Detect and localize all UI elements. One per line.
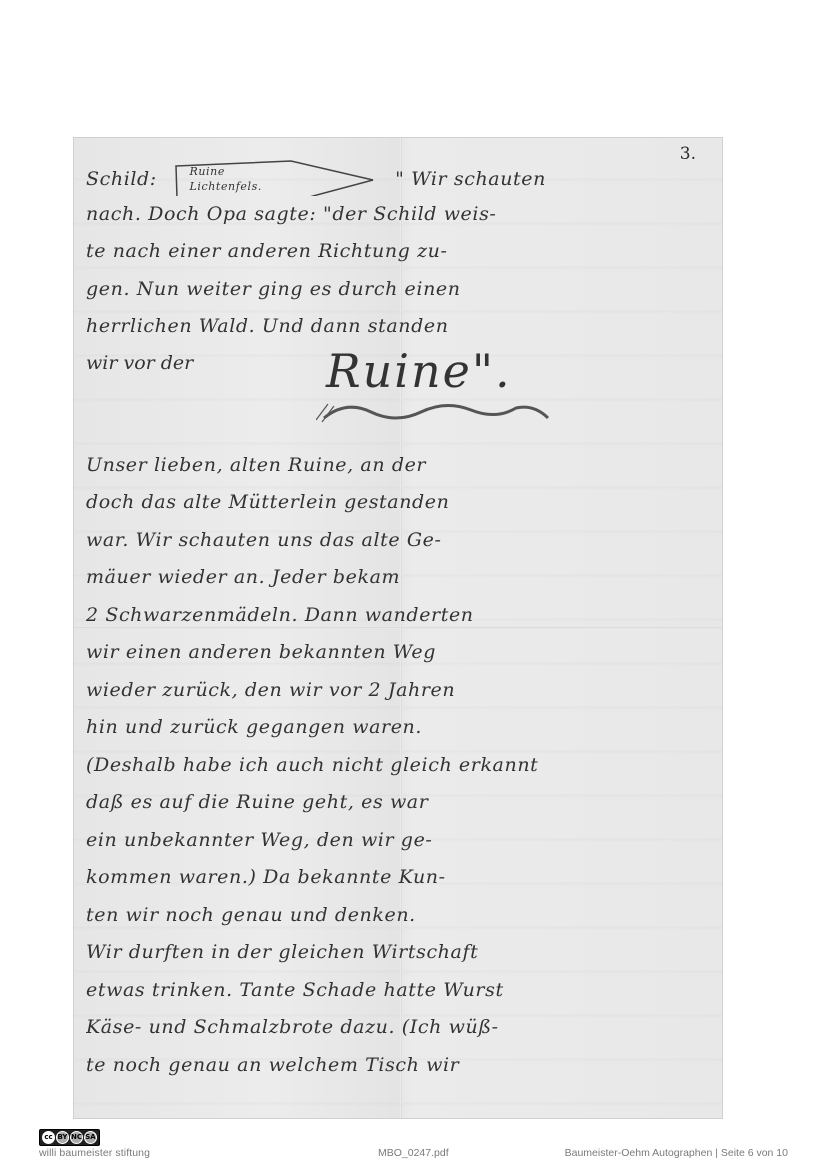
- handwritten-line: herrlichen Wald. Und dann standen: [86, 308, 710, 346]
- line-prefix: Schild:: [86, 168, 157, 190]
- line-suffix: " Wir schauten: [395, 168, 546, 190]
- handwritten-line: etwas trinken. Tante Schade hatte Wurst: [86, 972, 710, 1010]
- handwritten-line: mäuer wieder an. Jeder bekam: [86, 559, 710, 597]
- handwritten-line: nach. Doch Opa sagte: "der Schild weis-: [86, 196, 710, 234]
- sa-sharealike-icon: SA: [84, 1131, 97, 1144]
- handwritten-line: 2 Schwarzenmädeln. Dann wanderten: [86, 597, 710, 635]
- handwritten-line: wir einen anderen bekannten Weg: [86, 634, 710, 672]
- line-prefix: wir vor der: [86, 352, 193, 374]
- handwritten-line: ein unbekannter Weg, den wir ge-: [86, 822, 710, 860]
- creative-commons-license-badge[interactable]: cc BY NC SA: [39, 1129, 100, 1146]
- handwritten-line: ten wir noch genau und denken.: [86, 897, 710, 935]
- handwritten-line: te noch genau an welchem Tisch wir: [86, 1047, 710, 1085]
- handwritten-line: doch das alte Mütterlein gestanden: [86, 484, 710, 522]
- drawn-signpost: Ruine Lichtenfels.: [173, 158, 378, 196]
- cc-icon: cc: [42, 1131, 55, 1144]
- ruine-heading-line: wir vor der Ruine".: [86, 346, 710, 421]
- handwritten-line: daß es auf die Ruine geht, es war: [86, 784, 710, 822]
- handwritten-line: Wir durften in der gleichen Wirtschaft: [86, 934, 710, 972]
- handwritten-line: wieder zurück, den wir vor 2 Jahren: [86, 672, 710, 710]
- handwritten-line: Unser lieben, alten Ruine, an der: [86, 447, 710, 485]
- ruine-emphasized-word: Ruine".: [326, 344, 512, 398]
- footer-filename: MBO_0247.pdf: [378, 1147, 449, 1159]
- handwritten-text-block: Schild: Ruine Lichtenfels. " Wir schaute…: [86, 158, 710, 1084]
- wavy-underline-icon: [316, 398, 556, 424]
- handwritten-line: Schild: Ruine Lichtenfels. " Wir schaute…: [86, 158, 710, 196]
- handwritten-line: hin und zurück gegangen waren.: [86, 709, 710, 747]
- handwritten-line: (Deshalb habe ich auch nicht gleich erka…: [86, 747, 710, 785]
- by-attribution-icon: BY: [56, 1131, 69, 1144]
- handwritten-line: te nach einer anderen Richtung zu-: [86, 233, 710, 271]
- handwritten-line: war. Wir schauten uns das alte Ge-: [86, 522, 710, 560]
- nc-noncommercial-icon: NC: [70, 1131, 83, 1144]
- license-badge-container: cc BY NC SA: [39, 1124, 100, 1146]
- signpost-label: Ruine Lichtenfels.: [189, 164, 262, 194]
- footer-collection-page: Baumeister-Oehm Autographen | Seite 6 vo…: [565, 1147, 788, 1159]
- handwritten-line: Käse- und Schmalzbrote dazu. (Ich wüß-: [86, 1009, 710, 1047]
- scanned-letter-page: 3. Schild: Ruine Lichtenfels. " Wir scha…: [74, 138, 722, 1118]
- handwritten-line: kommen waren.) Da bekannte Kun-: [86, 859, 710, 897]
- paragraph-gap: [86, 421, 710, 447]
- handwritten-line: gen. Nun weiter ging es durch einen: [86, 271, 710, 309]
- footer-organization: willi baumeister stiftung: [39, 1147, 150, 1159]
